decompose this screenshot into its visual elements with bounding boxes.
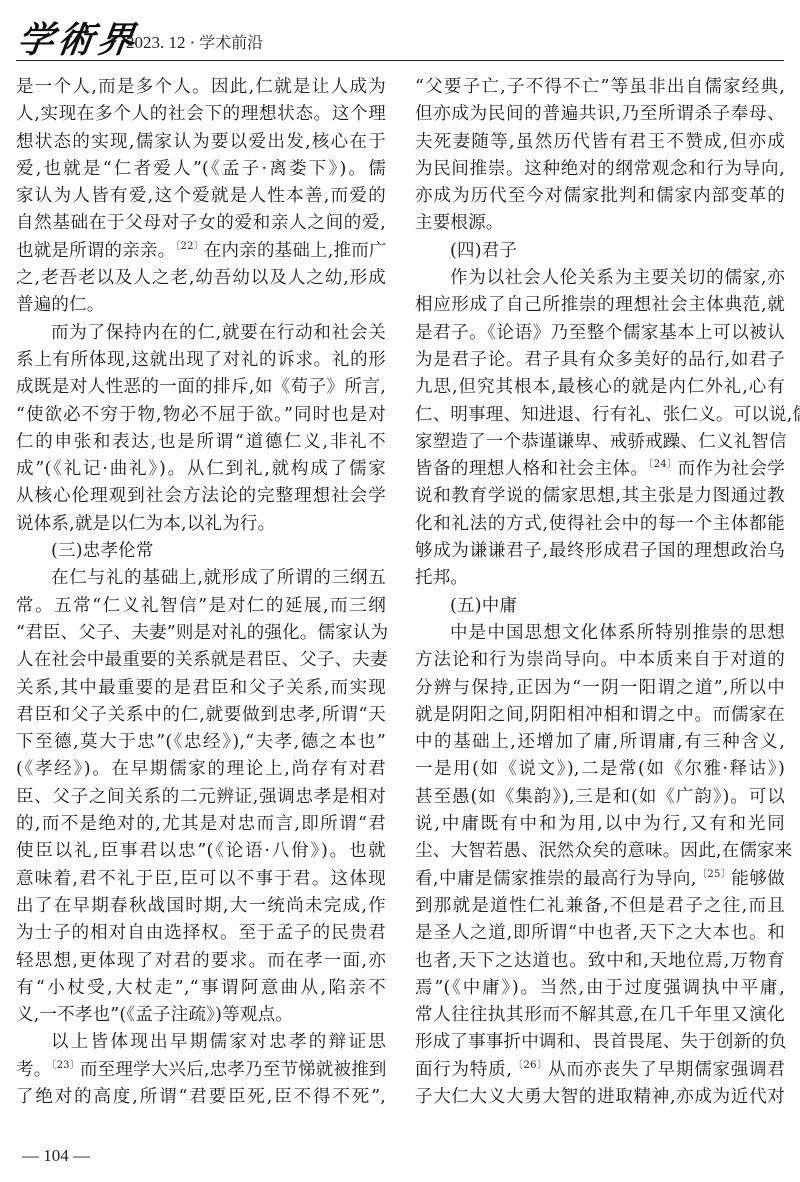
text-line: 想状态的实现,儒家认为要以爱出发,核心在于 [16,129,386,156]
text-line: 为士子的相对自由选择权。至于孟子的民贵君 [16,920,386,947]
text-line: 方法论和行为崇尚导向。中本质来自于对道的 [415,647,785,674]
text-line: 皆备的理想人格和社会主体。〔24〕而作为社会学 [415,456,785,483]
text-line: 主要根源。 [415,210,785,237]
text-line: 中是中国思想文化体系所特别推崇的思想 [415,620,785,647]
text-line: 形成了事事折中调和、畏首畏尾、失于创新的负 [415,1029,785,1056]
left-column: 是一个人,而是多个人。因此,仁就是让人成为人,实现在多个人的社会下的理想状态。这… [16,74,386,1111]
text-line: 焉”(《中庸》)。当然,由于过度强调执中平庸, [415,975,785,1002]
text-line: 义,一不孝也”(《孟子注疏》)等观点。 [16,1002,386,1029]
text-line: “使欲必不穷于物,物必不屈于欲。”同时也是对 [16,402,386,429]
text-line: 成既是对人性恶的一面的排斥,如《荀子》所言, [16,374,386,401]
text-line: 出了在早期春秋战国时期,大一统尚未完成,作 [16,893,386,920]
text-line: 以上皆体现出早期儒家对忠孝的辩证思 [16,1029,386,1056]
text-line: 面行为特质,〔26〕从而亦丧失了早期儒家强调君 [415,1057,785,1084]
text-line: 使臣以礼,臣事君以忠”(《论语·八佾》)。也就 [16,838,386,865]
text-line: 而为了保持内在的仁,就要在行动和社会关 [16,320,386,347]
page-header: 学術界 2023. 12·学术前沿 [16,8,784,61]
text-line: 臣、父子之间关系的二元辨证,强调忠孝是相对 [16,784,386,811]
text-line: 尘、大智若愚、泯然众矣的意味。因此,在儒家来 [415,838,785,865]
text-line: 考。〔23〕而至理学大兴后,忠孝乃至节悌就被推到 [16,1057,386,1084]
text-line: 在仁与礼的基础上,就形成了所谓的三纲五 [16,565,386,592]
text-line: 但亦成为民间的普遍共识,乃至所谓杀子奉母、 [415,101,785,128]
text-line: 中的基础上,还增加了庸,所谓庸,有三种含义, [415,729,785,756]
text-line: 也者,天下之达道也。致中和,天地位焉,万物育 [415,948,785,975]
text-line: 君臣和父子关系中的仁,就要做到忠孝,所谓“天 [16,702,386,729]
text-line: 作为以社会人伦关系为主要关切的儒家,亦 [415,265,785,292]
text-line: 下至德,莫大于忠”(《忠经》),“夫孝,德之本也” [16,729,386,756]
text-line: “君臣、父子、夫妻”则是对礼的强化。儒家认为 [16,620,386,647]
text-line: 自然基础在于父母对子女的爱和亲人之间的爱, [16,210,386,237]
text-line: 常。五常“仁义礼智信”是对仁的延展,而三纲 [16,593,386,620]
text-line: 子大仁大义大勇大智的进取精神,亦成为近代对 [415,1084,785,1111]
text-line: 家塑造了一个恭谨谦卑、戒骄戒躁、仁义礼智信 [415,429,785,456]
text-line: 托邦。 [415,565,785,592]
section-name: 学术前沿 [199,33,263,52]
text-line: 仁的申张和表达,也是所谓“道德仁义,非礼不 [16,429,386,456]
citation-ref: 〔26〕 [512,1060,548,1071]
text-line: 轻思想,更体现了对君的要求。而在孝一面,亦 [16,948,386,975]
text-line: 关系,其中最重要的是君臣和父子关系,而实现 [16,675,386,702]
text-line: 说,中庸既有中和为用,以中为行,又有和光同 [415,811,785,838]
text-line: 也就是所谓的亲亲。〔22〕在内亲的基础上,推而广 [16,238,386,265]
section-heading: (四)君子 [415,238,785,265]
text-line: 系上有所体现,这就出现了对礼的诉求。礼的形 [16,347,386,374]
issue-info: 2023. 12·学术前沿 [126,30,263,53]
text-line: “父要子亡,子不得不亡”等虽非出自儒家经典, [415,74,785,101]
text-line: 说和教育学说的儒家思想,其主张是力图通过教 [415,483,785,510]
text-line: 就是阴阳之间,阴阳相冲相和谓之中。而儒家在 [415,702,785,729]
text-line: 爱,也就是“仁者爱人”(《孟子·离娄下》)。儒 [16,156,386,183]
text-line: 从核心伦理观到社会方法论的完整理想社会学 [16,483,386,510]
journal-logo: 学術界 [14,12,141,63]
text-line: 相应形成了自己所推崇的理想社会主体典范,就 [415,292,785,319]
text-line: 成”(《礼记·曲礼》)。从仁到礼,就构成了儒家 [16,456,386,483]
citation-ref: 〔25〕 [697,869,732,880]
citation-ref: 〔23〕 [51,1060,80,1071]
text-line: 亦成为历代至今对儒家批判和儒家内部变革的 [415,183,785,210]
text-line: 常人往往执其形而不解其意,在几千年里又演化 [415,1002,785,1029]
text-line: 家认为人皆有爱,这个爱就是人性本善,而爱的 [16,183,386,210]
text-line: 是一个人,而是多个人。因此,仁就是让人成为 [16,74,386,101]
text-line: 看,中庸是儒家推崇的最高行为导向,〔25〕能够做 [415,866,785,893]
section-heading: (五)中庸 [415,593,785,620]
issue-number: 2023. 12 [126,33,186,52]
citation-ref: 〔24〕 [648,459,677,470]
page-number: — 104 — [22,1146,90,1166]
text-line: 之,老吾老以及人之老,幼吾幼以及人之幼,形成 [16,265,386,292]
text-line: 到那就是道性仁礼兼备,不但是君子之往,而且 [415,893,785,920]
text-line: 九思,但究其根本,最核心的就是内仁外礼,心有 [415,374,785,401]
text-line: 化和礼法的方式,使得社会中的每一个主体都能 [415,511,785,538]
text-line: 人在社会中最重要的关系就是君臣、父子、夫妻 [16,647,386,674]
text-line: 夫死妻随等,虽然历代皆有君王不赞成,但亦成 [415,129,785,156]
text-line: 是圣人之道,即所谓“中也者,天下之大本也。和 [415,920,785,947]
citation-ref: 〔22〕 [175,241,204,252]
text-line: 为是君子论。君子具有众多美好的品行,如君子 [415,347,785,374]
text-line: 人,实现在多个人的社会下的理想状态。这个理 [16,101,386,128]
text-line: 分辨与保持,正因为“一阴一阳谓之道”,所以中 [415,675,785,702]
text-line: 够成为谦谦君子,最终形成君子国的理想政治乌 [415,538,785,565]
text-line: 一是用(如《说文》),二是常(如《尔雅·释诂》) [415,756,785,783]
text-line: 说体系,就是以仁为本,以礼为行。 [16,511,386,538]
text-line: 是君子。《论语》乃至整个儒家基本上可以被认 [415,320,785,347]
text-line: 的,而不是绝对的,尤其是对忠而言,即所谓“君 [16,811,386,838]
text-line: 甚至愚(如《集韵》),三是和(如《广韵》)。可以 [415,784,785,811]
text-line: 为民间推崇。这种绝对的纲常观念和行为导向, [415,156,785,183]
separator-dot: · [190,33,196,52]
right-column: “父要子亡,子不得不亡”等虽非出自儒家经典,但亦成为民间的普遍共识,乃至所谓杀子… [415,74,785,1111]
text-line: 意味着,君不礼于臣,臣可以不事于君。这体现 [16,866,386,893]
section-heading: (三)忠孝伦常 [16,538,386,565]
text-line: 仁、明事理、知进退、行有礼、张仁义。可以说,儒 [415,402,785,429]
text-line: (《孝经》)。在早期儒家的理论上,尚存有对君 [16,756,386,783]
text-line: 普遍的仁。 [16,292,386,319]
text-line: 了绝对的高度,所谓“君要臣死,臣不得不死”, [16,1084,386,1111]
text-line: 有“小杖受,大杖走”,“事谓阿意曲从,陷亲不 [16,975,386,1002]
